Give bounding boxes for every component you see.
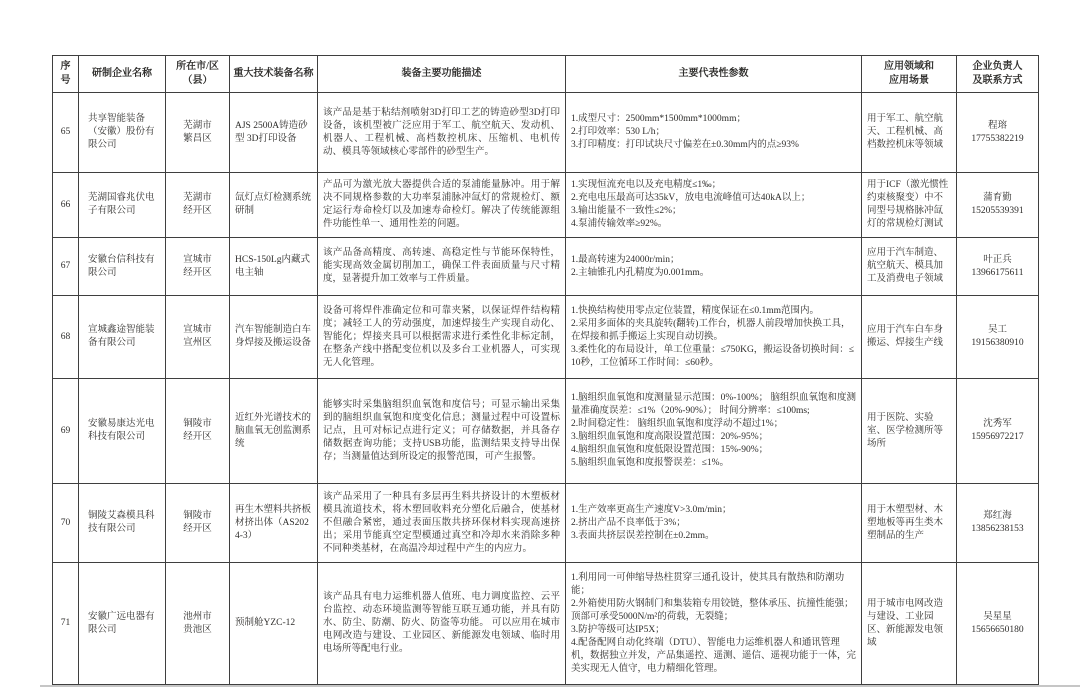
table-body: 65 共享智能装备（安徽）股份有限公司 芜湖市 繁昌区 AJS 2500A铸造砂… [53, 93, 1039, 685]
column-header-location: 所在市/区（县） [166, 56, 230, 93]
cell-location: 池州市 贵池区 [166, 563, 230, 685]
column-header-contact: 企业负责人 及联系方式 [957, 56, 1039, 93]
cell-serial-number: 66 [53, 173, 79, 238]
cell-company-name: 安徽广远电器有限公司 [79, 563, 166, 685]
contact-person-name: 郑红海 [962, 510, 1033, 523]
cell-application: 用于城市电网改造与建设、工业园区、新能源发电领域 [862, 563, 957, 685]
contact-person-name: 沈秀军 [962, 418, 1033, 431]
cell-parameters: 1.最高转速为24000r/min； 2.主轴锥孔内孔精度为0.001mm。 [566, 238, 862, 296]
cell-function-description: 该产品具有电力运维机器人值班、电力调度监控、云平台监控、动态环境监测等智能互联互… [318, 563, 566, 685]
cell-location: 芜湖市 经开区 [166, 173, 230, 238]
cell-location: 芜湖市 繁昌区 [166, 93, 230, 173]
cell-parameters: 1.成型尺寸：2500mm*1500mm*1000mm； 2.打印效率：530 … [566, 93, 862, 173]
contact-person-name: 叶正兵 [962, 254, 1033, 267]
contact-phone-number: 19156380910 [962, 337, 1033, 350]
cell-company-name: 铜陵艾森模具科技有限公司 [79, 484, 166, 563]
cell-contact: 程瑢 17755382219 [957, 93, 1039, 173]
cell-parameters: 1.利用同一可伸缩导热柱贯穿三通孔设计，使其具有散热和防潮功能； 2.外箱使用防… [566, 563, 862, 685]
column-header-company: 研制企业名称 [79, 56, 166, 93]
cell-equipment-name: 再生木塑料共挤板材挤出体（AS2024-3） [230, 484, 318, 563]
cell-contact: 沈秀军 15956972217 [957, 379, 1039, 484]
cell-company-name: 安徽台信科技有限公司 [79, 238, 166, 296]
column-header-description: 装备主要功能描述 [318, 56, 566, 93]
cell-application: 用于医院、实验室、医学检测所等场所 [862, 379, 957, 484]
cell-serial-number: 67 [53, 238, 79, 296]
column-header-equipment: 重大技术装备名称 [230, 56, 318, 93]
contact-phone-number: 17755382219 [962, 133, 1033, 146]
cell-contact: 叶正兵 13966175611 [957, 238, 1039, 296]
page-edge-shadow [40, 685, 1080, 687]
cell-function-description: 设备可将焊件准确定位和可靠夹紧，以保证焊件结构精度；减轻工人的劳动强度，加速焊接… [318, 296, 566, 379]
cell-function-description: 能够实时采集脑组织血氧饱和度信号；可显示输出采集到的脑组织血氧饱和度变化信息；测… [318, 379, 566, 484]
table-row: 68 宣城鑫途智能装备有限公司 宣城市 宣州区 汽车智能制造白车身焊接及搬运设备… [53, 296, 1039, 379]
contact-phone-number: 15205539391 [962, 205, 1033, 218]
cell-serial-number: 65 [53, 93, 79, 173]
contact-person-name: 程瑢 [962, 120, 1033, 133]
document-page: { "table": { "headers": [ "序号", "研制企业名称"… [0, 0, 1080, 690]
header-row: 序号 研制企业名称 所在市/区（县） 重大技术装备名称 装备主要功能描述 主要代… [53, 56, 1039, 93]
cell-equipment-name: AJS 2500A铸造砂型 3D打印设备 [230, 93, 318, 173]
contact-phone-number: 13966175611 [962, 267, 1033, 280]
cell-function-description: 该产品采用了一种具有多层再生料共挤设计的木塑板材模具流道技术，将木塑回收料充分塑… [318, 484, 566, 563]
cell-parameters: 1.实现恒流充电以及充电精度≤1‰； 2.充电电压最高可达35kV，放电电流峰值… [566, 173, 862, 238]
equipment-table: 序号 研制企业名称 所在市/区（县） 重大技术装备名称 装备主要功能描述 主要代… [52, 55, 1039, 685]
cell-function-description: 该产品是基于粘结剂喷射3D打印工艺的铸造砂型3D打印设备，该机型被广泛应用于军工… [318, 93, 566, 173]
cell-parameters: 1.生产效率更高生产速度V>3.0m/min； 2.挤出产品不良率低于3%； 3… [566, 484, 862, 563]
table-row: 66 芜湖国睿兆伏电子有限公司 芜湖市 经开区 氙灯点灯检测系统研制 产品可为激… [53, 173, 1039, 238]
cell-serial-number: 70 [53, 484, 79, 563]
cell-equipment-name: 近红外光谱技术的脑血氧无创监测系统 [230, 379, 318, 484]
cell-contact: 郑红海 13856238153 [957, 484, 1039, 563]
cell-company-name: 宣城鑫途智能装备有限公司 [79, 296, 166, 379]
contact-person-name: 吴星星 [962, 611, 1033, 624]
cell-application: 用于木塑型材、木塑地板等再生类木塑制品的生产 [862, 484, 957, 563]
table-row: 67 安徽台信科技有限公司 宣城市 经开区 HCS-150Lg内藏式电主轴 该产… [53, 238, 1039, 296]
cell-function-description: 该产品备高精度、高转速、高稳定性与节能环保特性，能实现高效金属切削加工，确保工件… [318, 238, 566, 296]
cell-equipment-name: 预制舱YZC-12 [230, 563, 318, 685]
cell-company-name: 共享智能装备（安徽）股份有限公司 [79, 93, 166, 173]
column-header-no: 序号 [53, 56, 79, 93]
contact-person-name: 蒲育勤 [962, 192, 1033, 205]
cell-location: 铜陵市 经开区 [166, 379, 230, 484]
cell-equipment-name: 氙灯点灯检测系统研制 [230, 173, 318, 238]
table-row: 69 安徽易康达光电科技有限公司 铜陵市 经开区 近红外光谱技术的脑血氧无创监测… [53, 379, 1039, 484]
cell-application: 应用于汽车白车身搬运、焊接生产线 [862, 296, 957, 379]
column-header-parameters: 主要代表性参数 [566, 56, 862, 93]
cell-parameters: 1.脑组织血氧饱和度测量显示范围：0%-100%； 脑组织血氧饱和度测量准确度误… [566, 379, 862, 484]
cell-serial-number: 69 [53, 379, 79, 484]
cell-company-name: 芜湖国睿兆伏电子有限公司 [79, 173, 166, 238]
table-row: 65 共享智能装备（安徽）股份有限公司 芜湖市 繁昌区 AJS 2500A铸造砂… [53, 93, 1039, 173]
cell-serial-number: 68 [53, 296, 79, 379]
cell-equipment-name: 汽车智能制造白车身焊接及搬运设备 [230, 296, 318, 379]
cell-application: 用于军工、航空航天、工程机械、高档数控机床等领域 [862, 93, 957, 173]
cell-parameters: 1.快换结构使用零点定位装置，精度保证在≤0.1mm范围内。 2.采用多面体的夹… [566, 296, 862, 379]
cell-contact: 吴星星 15656650180 [957, 563, 1039, 685]
table-row: 70 铜陵艾森模具科技有限公司 铜陵市 经开区 再生木塑料共挤板材挤出体（AS2… [53, 484, 1039, 563]
table-row: 71 安徽广远电器有限公司 池州市 贵池区 预制舱YZC-12 该产品具有电力运… [53, 563, 1039, 685]
column-header-application: 应用领域和 应用场景 [862, 56, 957, 93]
cell-application: 用于ICF（激光惯性约束核聚变）中不同型号规格脉冲氙灯的常规检灯测试 [862, 173, 957, 238]
cell-location: 宣城市 宣州区 [166, 296, 230, 379]
cell-equipment-name: HCS-150Lg内藏式电主轴 [230, 238, 318, 296]
cell-contact: 吴工 19156380910 [957, 296, 1039, 379]
contact-person-name: 吴工 [962, 324, 1033, 337]
cell-company-name: 安徽易康达光电科技有限公司 [79, 379, 166, 484]
contact-phone-number: 13856238153 [962, 523, 1033, 536]
cell-application: 应用于汽车制造、航空航天、模具加工及消费电子领域 [862, 238, 957, 296]
cell-function-description: 产品可为激光放大器提供合适的泵浦能量脉冲。用于解决不同规格参数的大功率泵浦脉冲氙… [318, 173, 566, 238]
cell-location: 铜陵市 经开区 [166, 484, 230, 563]
cell-serial-number: 71 [53, 563, 79, 685]
contact-phone-number: 15956972217 [962, 431, 1033, 444]
contact-phone-number: 15656650180 [962, 624, 1033, 637]
cell-location: 宣城市 经开区 [166, 238, 230, 296]
cell-contact: 蒲育勤 15205539391 [957, 173, 1039, 238]
